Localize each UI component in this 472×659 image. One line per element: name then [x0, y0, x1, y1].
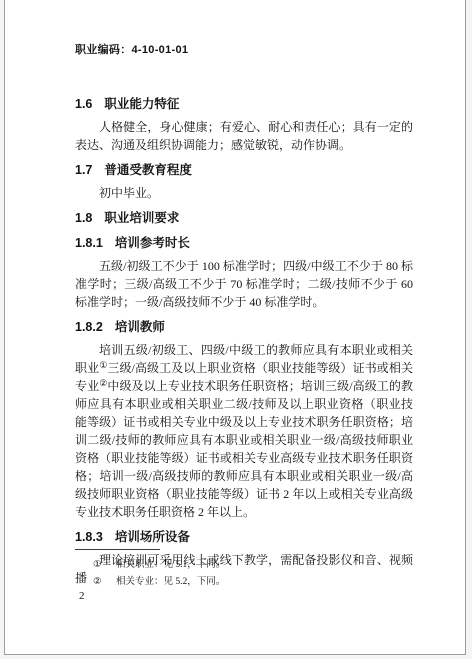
footnote-area: ①相关职业：见 5.1，下同。 ②相关专业：见 5.2，下同。: [75, 549, 415, 590]
heading-1-8-1: 1.8.1培训参考时长: [75, 234, 413, 252]
heading-1-6: 1.6职业能力特征: [75, 95, 413, 113]
heading-1-8-3: 1.8.3培训场所设备: [75, 528, 413, 546]
section-title: 培训教师: [115, 320, 165, 334]
heading-1-8: 1.8职业培训要求: [75, 209, 413, 227]
section-title: 培训场所设备: [115, 530, 190, 544]
heading-1-8-2: 1.8.2培训教师: [75, 318, 413, 336]
section-number: 1.8.2: [75, 320, 103, 334]
section-title: 职业培训要求: [104, 211, 179, 225]
paragraph-1-8-2: 培训五级/初级工、四级/中级工的教师应具有本职业或相关职业①三级/高级工及以上职…: [75, 341, 413, 521]
section-number: 1.8: [75, 211, 92, 225]
section-number: 1.8.1: [75, 236, 103, 250]
section-number: 1.8.3: [75, 530, 103, 544]
section-number: 1.7: [75, 163, 92, 177]
footnote-marker: ②: [93, 574, 116, 591]
paragraph-1-6: 人格健全，身心健康；有爱心、耐心和责任心；具有一定的表达、沟通及组织协调能力；感…: [75, 118, 413, 154]
footnote-divider: [75, 549, 160, 550]
paragraph-segment: 中级及以上专业技术职务任职资格；培训三级/高级工的教师应具有本职业或相关职业二级…: [75, 379, 413, 519]
footnote-marker: ①: [93, 557, 116, 574]
page-sheet: 职业编码：4-10-01-01 1.6职业能力特征 人格健全，身心健康；有爱心、…: [4, 0, 466, 655]
section-title: 普通受教育程度: [104, 163, 192, 177]
footnote-2: ②相关专业：见 5.2，下同。: [93, 574, 415, 591]
section-title: 职业能力特征: [104, 97, 179, 111]
footnote-text: 相关专业：见 5.2，下同。: [116, 577, 225, 587]
occupation-code: 职业编码：4-10-01-01: [75, 41, 465, 57]
page-number: 2: [79, 590, 85, 602]
footnote-text: 相关职业：见 5.1，下同。: [116, 560, 225, 570]
page-content: 1.6职业能力特征 人格健全，身心健康；有爱心、耐心和责任心；具有一定的表达、沟…: [75, 95, 413, 587]
paragraph-1-8-1: 五级/初级工不少于 100 标准学时；四级/中级工不少于 80 标准学时；三级/…: [75, 257, 413, 311]
section-title: 培训参考时长: [115, 236, 190, 250]
section-number: 1.6: [75, 97, 92, 111]
paragraph-1-7: 初中毕业。: [75, 184, 413, 202]
heading-1-7: 1.7普通受教育程度: [75, 161, 413, 179]
footnote-1: ①相关职业：见 5.1，下同。: [93, 557, 415, 574]
